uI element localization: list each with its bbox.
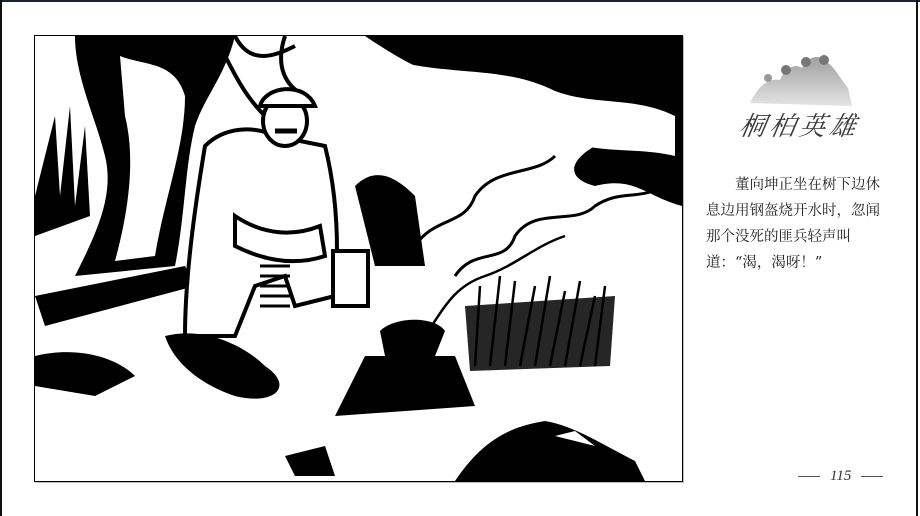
dash-left — [798, 476, 820, 477]
right-border — [916, 0, 918, 516]
ink-drawing-icon — [35, 36, 682, 481]
soldiers-group-sketch-icon — [740, 48, 860, 108]
panel-caption: 董向坤正坐在树下边休息边用钢盔烧开水时，忽闻那个没死的匪兵轻声叫道：“渴，渴呀！… — [706, 172, 886, 276]
dash-right — [861, 476, 883, 477]
comic-illustration — [34, 35, 683, 482]
book-logo: 桐柏英雄 — [730, 48, 870, 146]
book-title: 桐柏英雄 — [727, 106, 874, 143]
caption-text: 董向坤正坐在树下边休息边用钢盔烧开水时，忽闻那个没死的匪兵轻声叫道：“渴，渴呀！… — [706, 172, 886, 276]
left-border — [0, 0, 2, 516]
page-number: 115 — [798, 468, 883, 485]
top-border — [0, 0, 920, 2]
page-number-text: 115 — [830, 468, 851, 485]
